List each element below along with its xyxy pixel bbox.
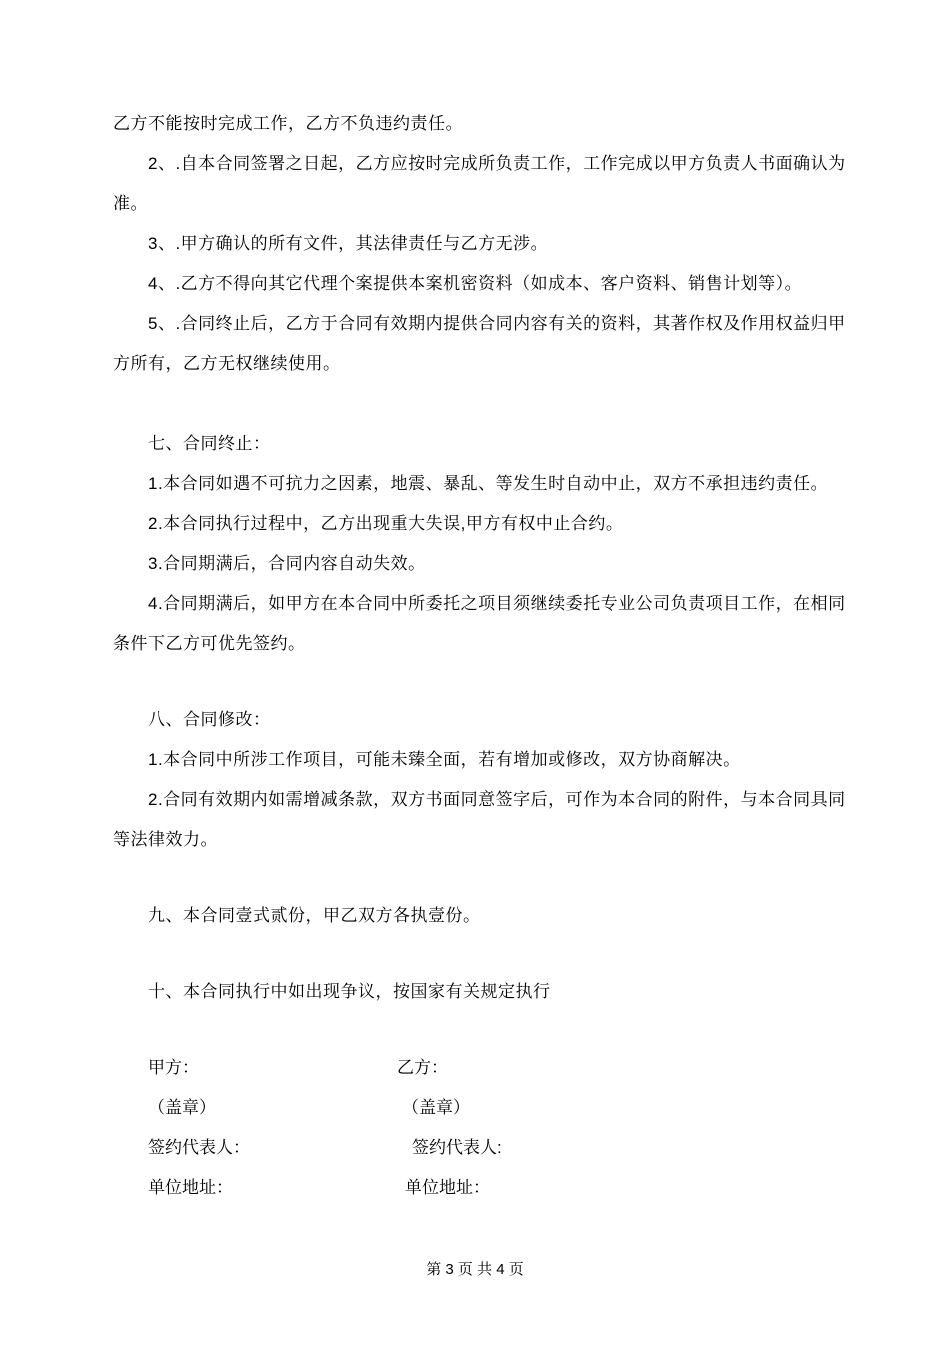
rep-a-label: 签约代表人： — [113, 1138, 250, 1157]
section-7-item-1: 1.本合同如遇不可抗力之因素，地震、暴乱、等发生时自动中止，双方不承担违约责任。 — [113, 464, 835, 504]
party-a-label: 甲方： — [113, 1058, 199, 1077]
section-9: 九、本合同壹式贰份，甲乙双方各执壹份。 — [113, 896, 835, 936]
section-8-item-2-line-2: 等法律效力。 — [113, 820, 835, 860]
signature-row-party: 甲方： 乙方： — [113, 1048, 835, 1088]
contract-page: { "colors": { "background": "#ffffff", "… — [0, 0, 950, 1346]
seal-b-label: （盖章） — [402, 1088, 470, 1128]
section-gap — [113, 1012, 835, 1048]
section-7-item-3: 3.合同期满后，合同内容自动失效。 — [113, 544, 835, 584]
section-7-heading: 七、合同终止： — [113, 424, 835, 464]
seal-a-label: （盖章） — [113, 1098, 216, 1117]
page-number: 第 3 页 共 4 页 — [0, 1260, 950, 1280]
section-gap — [113, 936, 835, 972]
section-7-item-2: 2.本合同执行过程中，乙方出现重大失误,甲方有权中止合约。 — [113, 504, 835, 544]
section-gap — [113, 860, 835, 896]
clause-3: 3、.甲方确认的所有文件，其法律责任与乙方无涉。 — [113, 224, 835, 264]
addr-b-label: 单位地址： — [405, 1168, 490, 1208]
section-gap — [113, 384, 835, 424]
clause-2-line-1: 2、.自本合同签署之日起，乙方应按时完成所负责工作，工作完成以甲方负责人书面确认… — [113, 144, 835, 184]
contract-body: 乙方不能按时完成工作，乙方不负违约责任。 2、.自本合同签署之日起，乙方应按时完… — [113, 104, 835, 1208]
section-gap — [113, 664, 835, 700]
clause-2-line-2: 准。 — [113, 184, 835, 224]
clause-5-line-1: 5、.合同终止后，乙方于合同有效期内提供合同内容有关的资料，其著作权及作用权益归… — [113, 304, 835, 344]
clause-5-line-2: 方所有，乙方无权继续使用。 — [113, 344, 835, 384]
rep-b-label: 签约代表人: — [412, 1128, 502, 1168]
section-8-heading: 八、合同修改： — [113, 700, 835, 740]
addr-a-label: 单位地址： — [113, 1178, 233, 1197]
signature-row-representative: 签约代表人： 签约代表人: — [113, 1128, 835, 1168]
section-8-item-1: 1.本合同中所涉工作项目，可能未臻全面，若有增加或修改，双方协商解决。 — [113, 740, 835, 780]
signature-row-seal: （盖章） （盖章） — [113, 1088, 835, 1128]
clause-4: 4、.乙方不得向其它代理个案提供本案机密资料（如成本、客户资料、销售计划等）。 — [113, 264, 835, 304]
clause-continuation-line: 乙方不能按时完成工作，乙方不负违约责任。 — [113, 104, 835, 144]
signature-row-address: 单位地址： 单位地址： — [113, 1168, 835, 1208]
section-7-item-4-line-2: 条件下乙方可优先签约。 — [113, 624, 835, 664]
section-8-item-2-line-1: 2.合同有效期内如需增减条款，双方书面同意签字后，可作为本合同的附件，与本合同具… — [113, 780, 835, 820]
section-7-item-4-line-1: 4.合同期满后，如甲方在本合同中所委托之项目须继续委托专业公司负责项目工作，在相… — [113, 584, 835, 624]
section-10: 十、本合同执行中如出现争议，按国家有关规定执行 — [113, 972, 835, 1012]
party-b-label: 乙方： — [397, 1048, 448, 1088]
